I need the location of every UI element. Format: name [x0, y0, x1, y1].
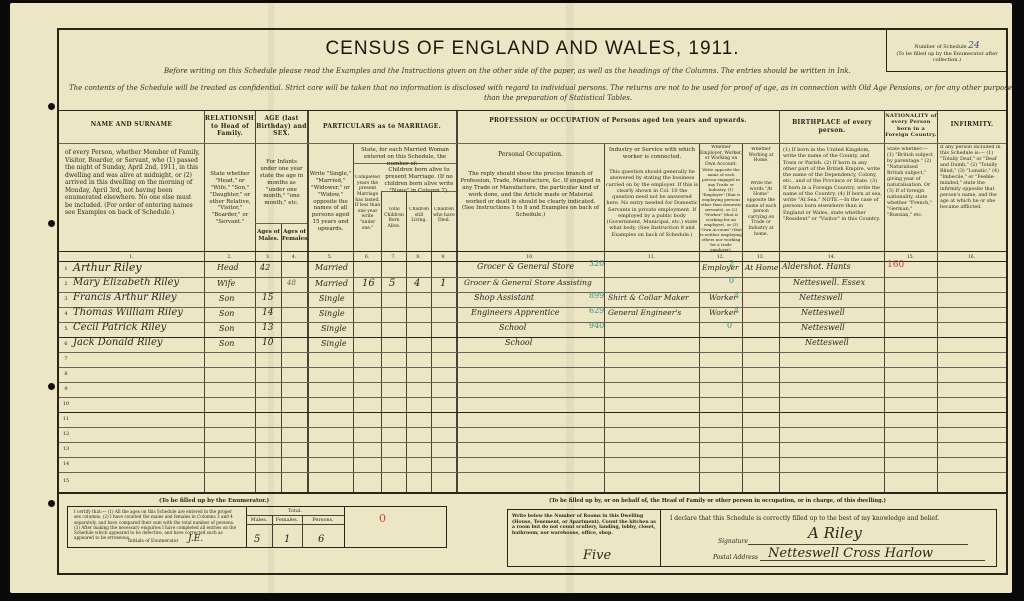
header-industry-desc: This question should generally be answer… [606, 169, 698, 238]
schedule-number-box: Number of Schedule 24 (To be filled up b… [886, 28, 1008, 72]
header-birthplace: BIRTHPLACE of every person. [780, 119, 884, 134]
occupation-code: 899 [589, 291, 604, 300]
binder-hole [48, 500, 55, 507]
enumerator-heading: (To be filled up by the Enumerator.) [159, 498, 269, 505]
occupation: Shop Assistant [474, 293, 534, 302]
page-title: CENSUS OF ENGLAND AND WALES, 1911. [59, 38, 1006, 60]
total-persons: 6 [318, 534, 324, 545]
birthplace: Netteswell [801, 308, 845, 317]
header-employer-desc: Write opposite the name of each person e… [700, 167, 742, 252]
census-page: CENSUS OF ENGLAND AND WALES, 1911. Befor… [10, 3, 1012, 593]
header-employer: Whether Employer, Worker, or Working on … [700, 145, 742, 168]
marital-status: Single [321, 339, 347, 348]
header-married-women: State, for each Married Woman entered on… [355, 147, 455, 168]
header-age-males: Ages of Males. [256, 229, 281, 243]
employment-status: Worker [709, 308, 737, 317]
marital-status: Single [321, 324, 347, 333]
schedule-number: 24 [968, 41, 979, 51]
person-name: Arthur Riley [73, 261, 142, 274]
header-marriage: PARTICULARS as to MARRIAGE. [308, 123, 456, 131]
red-check-mark: 0 [379, 512, 386, 525]
industry: General Engineer's [608, 308, 681, 317]
header-nationality-desc: State whether:— (1) "British subject by … [887, 147, 935, 219]
marital-status: Single [319, 294, 345, 303]
header-personal-occupation: Personal Occupation. [457, 151, 604, 159]
instruction-line: Before writing on this Schedule please r… [164, 67, 851, 75]
person-name: Francis Arthur Riley [73, 292, 177, 303]
signature: A Riley [808, 524, 862, 542]
confidential-line-2: than the preparation of Statistical Tabl… [484, 94, 632, 102]
total-label: Total. [246, 508, 344, 514]
householder-box: Write below the Number of Rooms in this … [507, 509, 997, 567]
age-male: 10 [262, 338, 273, 348]
males-label: Males. [246, 517, 272, 523]
occupation: Grocer & General Store [477, 262, 574, 271]
census-form: CENSUS OF ENGLAND AND WALES, 1911. Befor… [57, 28, 1008, 575]
header-children-living: Children still Living. [407, 207, 431, 224]
occupation: School [499, 323, 526, 332]
occupation: Engineers Apprentice [471, 308, 559, 317]
marital-status: Single [319, 309, 345, 318]
header-infirmity: INFIRMITY. [938, 121, 1006, 129]
header-industry: Industry or Service with which worker is… [606, 147, 698, 161]
person-name: Cecil Patrick Riley [73, 322, 166, 333]
relationship: Head [217, 263, 239, 272]
census-table: NAME AND SURNAME of every Person, whethe… [59, 110, 1006, 493]
at-home: At Home [745, 263, 778, 272]
total-males: 5 [254, 534, 260, 545]
birthplace: Netteswell [799, 293, 843, 302]
person-name: Thomas William Riley [73, 307, 183, 318]
employment-code: 4 [734, 306, 739, 315]
header-at-home: Whether Working at Home. [743, 147, 779, 164]
marital-status: Married [315, 279, 348, 288]
header-infirmity-desc: If any person included in this Schedule … [940, 145, 1004, 211]
birthplace: Aldershot. Hants [782, 262, 851, 271]
header-age: AGE (last Birthday) and SEX. [256, 115, 307, 138]
employment-status: Worker [709, 293, 737, 302]
age-male: 15 [262, 293, 273, 303]
header-marriage-status-desc: Write "Single," "Married," "Widower," or… [309, 171, 352, 233]
householder-heading: (To be filled up by, or on behalf of, th… [549, 498, 886, 505]
persons-label: Persons. [302, 517, 344, 523]
relationship: Wife [217, 279, 235, 288]
header-age-desc: For Infants under one year state the age… [257, 159, 306, 207]
children-total: 5 [389, 278, 395, 289]
header-birthplace-desc: (1) If born in the United Kingdom, write… [783, 147, 882, 222]
occupation-code: 320 [589, 259, 604, 268]
relationship: Son [219, 294, 234, 303]
females-label: Females. [272, 517, 302, 523]
birthplace: Netteswell. Essex [793, 278, 865, 287]
relationship: Son [219, 309, 234, 318]
occupation: School [505, 338, 532, 347]
header-personal-occupation-desc: The reply should show the precise branch… [459, 171, 602, 219]
header-children-total: Total Children Born Alive. [382, 207, 406, 230]
relationship: Son [219, 324, 234, 333]
industry: Shirt & Collar Maker [608, 293, 689, 302]
birthplace: Netteswell [805, 338, 849, 347]
enumerator-initials: J.E. [188, 534, 203, 544]
header-at-home-desc: Write the words "At Home" opposite the n… [743, 181, 779, 237]
birthplace-code: 160 [887, 260, 904, 270]
address-label: Postal Address [713, 554, 758, 562]
header-name: NAME AND SURNAME [59, 121, 204, 129]
initials-label: Initials of Enumerator [128, 539, 179, 545]
binder-hole [48, 103, 55, 110]
postal-address: Netteswell Cross Harlow [768, 546, 933, 561]
rooms-count: Five [583, 548, 611, 563]
employment-code: 0 [729, 276, 734, 285]
schedule-note: (To be filled up by the Enumerator after… [887, 51, 1007, 63]
header-relationship-desc: State whether "Head," or "Wife," "Son," … [207, 171, 253, 226]
enumerator-certify: I certify that:— (1) All the ages on thi… [74, 509, 239, 541]
birthplace: Netteswell [801, 323, 845, 332]
age-female: 48 [287, 279, 296, 287]
enumerator-box: I certify that:— (1) All the ages on thi… [67, 506, 447, 548]
age-male: 13 [262, 323, 273, 333]
occupation-code: 940 [589, 321, 604, 330]
header-years-married: Completed years the present Marriage has… [354, 175, 381, 231]
header-children-died: Children who have Died. [432, 207, 456, 224]
header-children: Children born alive to present Marriage.… [382, 167, 456, 195]
years-married: 16 [362, 278, 375, 289]
signature-label: Signature [718, 538, 748, 546]
header-nationality: NATIONALITY of every Person born in a Fo… [885, 113, 937, 138]
occupation: Grocer & General Store Assisting [464, 278, 592, 287]
binder-hole [48, 220, 55, 227]
children-living: 4 [414, 278, 420, 289]
employment-code: 4 [734, 291, 739, 300]
occupation-code: 629 [589, 306, 604, 315]
declaration: I declare that this Schedule is correctl… [670, 515, 939, 523]
age-male: 42 [260, 263, 270, 272]
header-occupation: PROFESSION or OCCUPATION of Persons aged… [457, 117, 779, 125]
age-male: 14 [262, 308, 273, 318]
total-females: 1 [284, 534, 290, 545]
header-name-desc: of every Person, whether Member of Famil… [65, 149, 200, 217]
confidential-line: The contents of the Schedule will be tre… [69, 84, 1012, 92]
header-age-females: Ages of Females. [282, 229, 307, 243]
person-name: Mary Elizabeth Riley [73, 277, 179, 288]
employment-code: 2 [729, 259, 734, 268]
binder-hole [48, 383, 55, 390]
schedule-label: Number of Schedule [914, 44, 966, 50]
header-relationship: RELATIONSHIP to Head of Family. [205, 115, 255, 138]
person-name: Jack Donald Riley [73, 337, 163, 348]
marital-status: Married [315, 263, 348, 272]
employment-code: 0 [727, 321, 732, 330]
children-died: 1 [440, 278, 446, 289]
rooms-instruction: Write below the Number of Rooms in this … [512, 514, 656, 537]
relationship: Son [219, 339, 234, 348]
